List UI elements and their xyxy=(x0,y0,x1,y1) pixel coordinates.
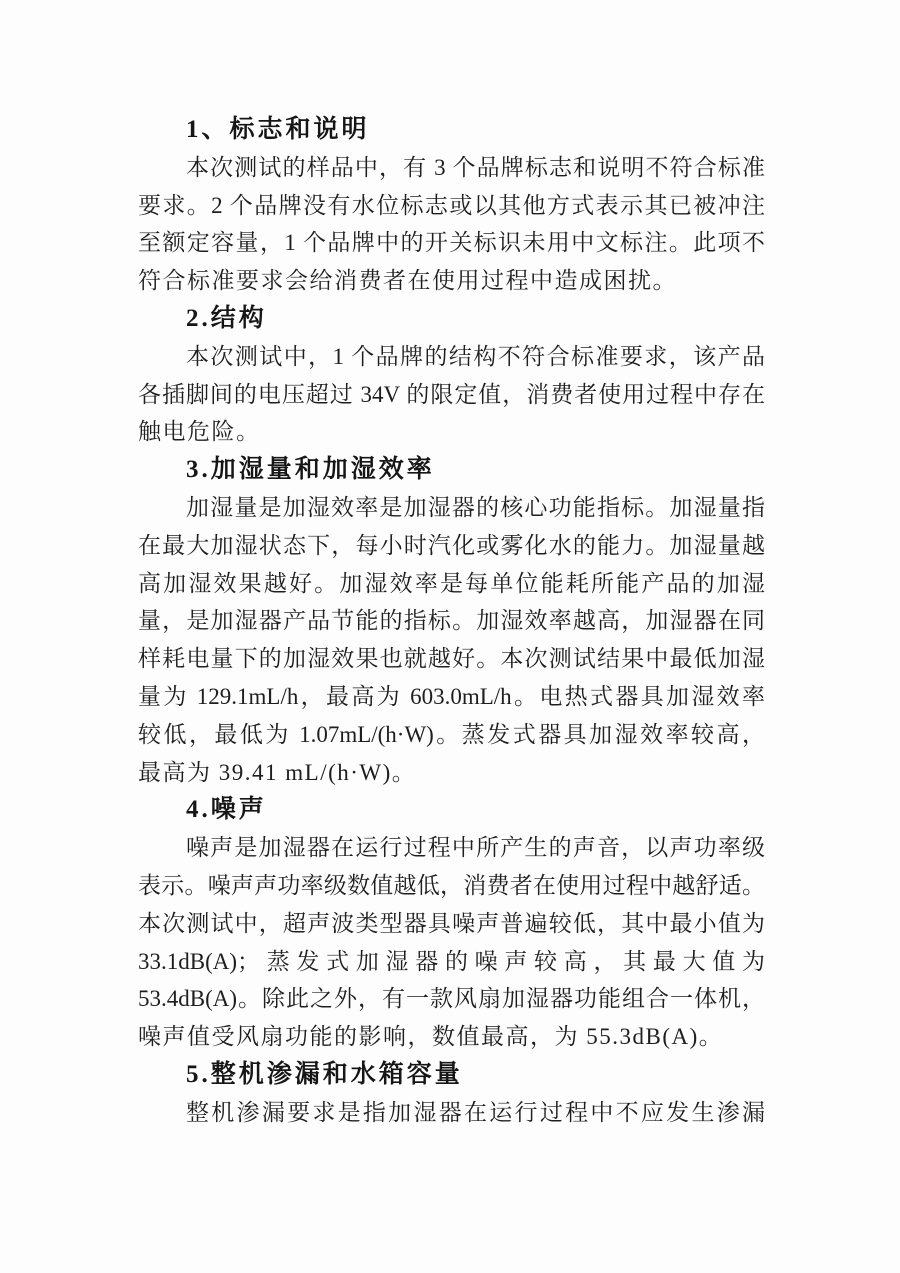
text-line: 整机渗漏要求是指加湿器在运行过程中不应发生渗漏 xyxy=(138,1094,765,1132)
text-line: 要求。2 个品牌没有水位标志或以其他方式表示其已被冲注 xyxy=(138,187,765,225)
text-line: 加湿量是加湿效率是加湿器的核心功能指标。加湿量指 xyxy=(138,489,765,527)
text-line: 量为 129.1mL/h，最高为 603.0mL/h。电热式器具加湿效率 xyxy=(138,678,765,716)
text-line: 53.4dB(A)。除此之外，有一款风扇加湿器功能组合一体机， xyxy=(138,980,765,1018)
section-heading: 3.加湿量和加湿效率 xyxy=(138,451,765,489)
text-line: 表示。噪声声功率级数值越低，消费者在使用过程中越舒适。 xyxy=(138,867,765,905)
text-line: 至额定容量，1 个品牌中的开关标识未用中文标注。此项不 xyxy=(138,224,765,262)
text-line: 量，是加湿器产品节能的指标。加湿效率越高，加湿器在同 xyxy=(138,602,765,640)
section-heading: 1、标志和说明 xyxy=(138,111,765,149)
text-line: 噪声是加湿器在运行过程中所产生的声音，以声功率级 xyxy=(138,829,765,867)
text-line: 最高为 39.41 mL/(h·W)。 xyxy=(138,754,765,792)
text-line: 较低，最低为 1.07mL/(h·W)。蒸发式器具加湿效率较高， xyxy=(138,716,765,754)
document-page: 1、标志和说明本次测试的样品中，有 3 个品牌标志和说明不符合标准要求。2 个品… xyxy=(0,0,900,1273)
text-line: 本次测试的样品中，有 3 个品牌标志和说明不符合标准 xyxy=(138,149,765,187)
text-line: 本次测试中，超声波类型器具噪声普遍较低，其中最小值为 xyxy=(138,905,765,943)
text-line: 符合标准要求会给消费者在使用过程中造成困扰。 xyxy=(138,262,765,300)
text-line: 在最大加湿状态下，每小时汽化或雾化水的能力。加湿量越 xyxy=(138,527,765,565)
section-heading: 2.结构 xyxy=(138,300,765,338)
text-line: 噪声值受风扇功能的影响，数值最高，为 55.3dB(A)。 xyxy=(138,1018,765,1056)
section-heading: 4.噪声 xyxy=(138,791,765,829)
text-line: 33.1dB(A)；蒸发式加湿器的噪声较高，其最大值为 xyxy=(138,943,765,981)
text-line: 本次测试中，1 个品牌的结构不符合标准要求，该产品 xyxy=(138,338,765,376)
text-line: 各插脚间的电压超过 34V 的限定值，消费者使用过程中存在 xyxy=(138,376,765,414)
section-heading: 5.整机渗漏和水箱容量 xyxy=(138,1056,765,1094)
text-line: 高加湿效果越好。加湿效率是每单位能耗所能产品的加湿 xyxy=(138,565,765,603)
text-line: 触电危险。 xyxy=(138,413,765,451)
text-line: 样耗电量下的加湿效果也就越好。本次测试结果中最低加湿 xyxy=(138,640,765,678)
document-text-block: 1、标志和说明本次测试的样品中，有 3 个品牌标志和说明不符合标准要求。2 个品… xyxy=(138,111,765,1132)
